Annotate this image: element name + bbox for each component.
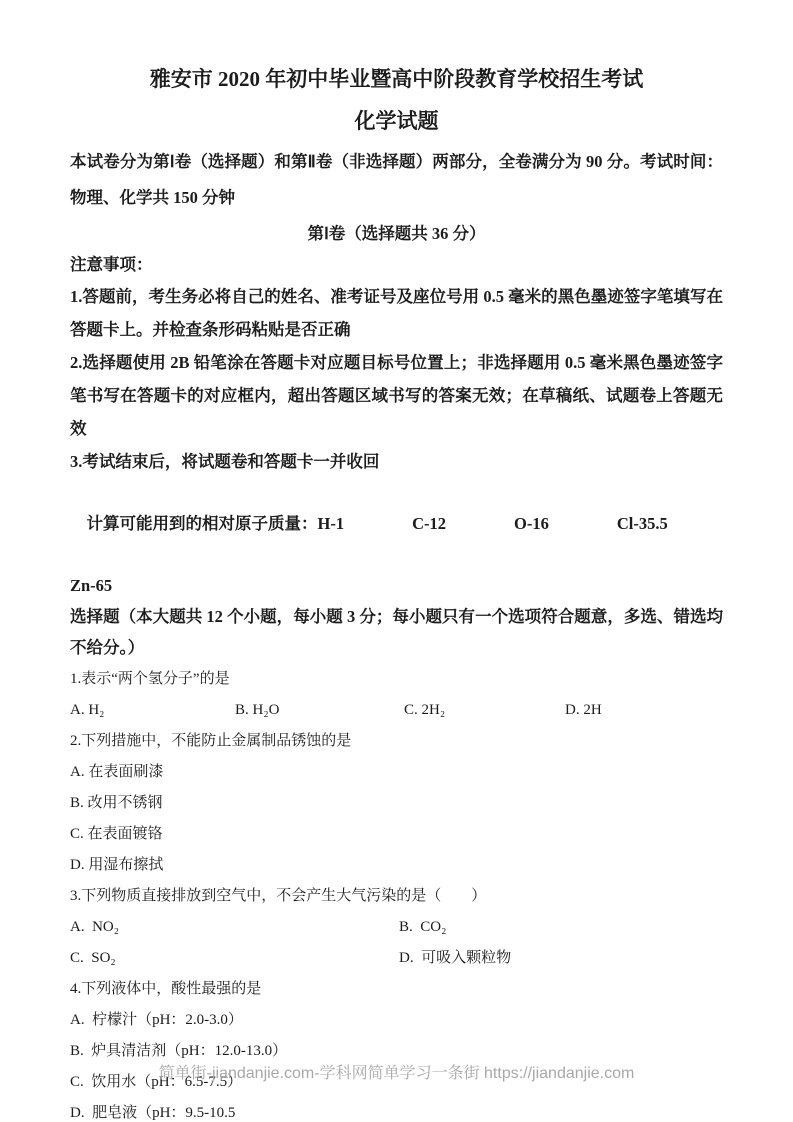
exam-intro: 本试卷分为第Ⅰ卷（选择题）和第Ⅱ卷（非选择题）两部分，全卷满分为 90 分。考试… xyxy=(70,144,723,216)
atomic-masses-line: 计算可能用到的相对原子质量：H-1C-12O-16Cl-35.5 xyxy=(70,478,723,570)
question-2-option-a: A. 在表面刷漆 xyxy=(70,757,723,788)
note-item-1: 1.答题前，考生务必将自己的姓名、准考证号及座位号用 0.5 毫米的黑色墨迹签字… xyxy=(70,280,723,346)
note-item-2: 2.选择题使用 2B 铅笔涂在答题卡对应题目标号位置上；非选择题用 0.5 毫米… xyxy=(70,346,723,445)
question-2-text: 2.下列措施中，不能防止金属制品锈蚀的是 xyxy=(70,726,723,757)
atomic-mass-cl: Cl-35.5 xyxy=(617,514,668,533)
question-3-options: A. NO₂ B. CO₂ C. SO₂ D. 可吸入颗粒物 xyxy=(70,912,723,974)
question-1-option-d: D. 2H xyxy=(565,695,723,726)
question-2-options: A. 在表面刷漆 B. 改用不锈钢 C. 在表面镀铬 D. 用湿布擦拭 xyxy=(70,757,723,881)
question-3-option-a: A. NO₂ xyxy=(70,912,399,943)
question-3-option-c: C. SO₂ xyxy=(70,943,399,974)
question-1-option-c: C. 2H₂ xyxy=(404,695,565,726)
question-4: 4.下列液体中，酸性最强的是 A. 柠檬汁（pH：2.0-3.0） B. 炉具清… xyxy=(70,974,723,1122)
atomic-mass-o: O-16 xyxy=(514,514,549,533)
section1-header: 第Ⅰ卷（选择题共 36 分） xyxy=(70,218,723,250)
note-item-3: 3.考试结束后，将试题卷和答题卡一并收回 xyxy=(70,445,723,478)
question-4-option-b: B. 炉具清洁剂（pH：12.0-13.0） xyxy=(70,1036,723,1067)
question-3-option-d: D. 可吸入颗粒物 xyxy=(399,943,723,974)
atomic-mass-c: C-12 xyxy=(412,514,446,533)
question-4-option-d: D. 肥皂液（pH：9.5-10.5 xyxy=(70,1098,723,1122)
exam-paper-page: 雅安市 2020 年初中毕业暨高中阶段教育学校招生考试 化学试题 本试卷分为第Ⅰ… xyxy=(0,0,793,1122)
exam-subtitle: 化学试题 xyxy=(70,106,723,136)
question-1-options: A. H₂ B. H₂O C. 2H₂ D. 2H xyxy=(70,695,723,726)
question-4-text: 4.下列液体中，酸性最强的是 xyxy=(70,974,723,1005)
footer-watermark: 简单街-jiandanjie.com-学科网简单学习一条街 https://ji… xyxy=(0,1063,793,1085)
question-1-text: 1.表示“两个氢分子”的是 xyxy=(70,664,723,695)
question-2: 2.下列措施中，不能防止金属制品锈蚀的是 A. 在表面刷漆 B. 改用不锈钢 C… xyxy=(70,726,723,881)
atomic-masses-label: 计算可能用到的相对原子质量： xyxy=(87,514,318,533)
question-1: 1.表示“两个氢分子”的是 A. H₂ B. H₂O C. 2H₂ D. 2H xyxy=(70,664,723,726)
question-1-option-b: B. H₂O xyxy=(235,695,404,726)
atomic-mass-h: H-1 xyxy=(318,514,345,533)
exam-title: 雅安市 2020 年初中毕业暨高中阶段教育学校招生考试 xyxy=(70,64,723,94)
question-4-option-a: A. 柠檬汁（pH：2.0-3.0） xyxy=(70,1005,723,1036)
question-1-option-a: A. H₂ xyxy=(70,695,235,726)
question-2-option-d: D. 用湿布擦拭 xyxy=(70,850,723,881)
atomic-mass-zn: Zn-65 xyxy=(70,570,723,601)
notes-title: 注意事项： xyxy=(70,250,723,280)
question-2-option-b: B. 改用不锈钢 xyxy=(70,788,723,819)
question-2-option-c: C. 在表面镀铬 xyxy=(70,819,723,850)
question-3-text: 3.下列物质直接排放到空气中，不会产生大气污染的是（ ） xyxy=(70,881,723,912)
choice-section-instruction: 选择题（本大题共 12 个小题，每小题 3 分；每小题只有一个选项符合题意，多选… xyxy=(70,601,723,664)
question-3: 3.下列物质直接排放到空气中，不会产生大气污染的是（ ） A. NO₂ B. C… xyxy=(70,881,723,974)
question-3-option-b: B. CO₂ xyxy=(399,912,723,943)
